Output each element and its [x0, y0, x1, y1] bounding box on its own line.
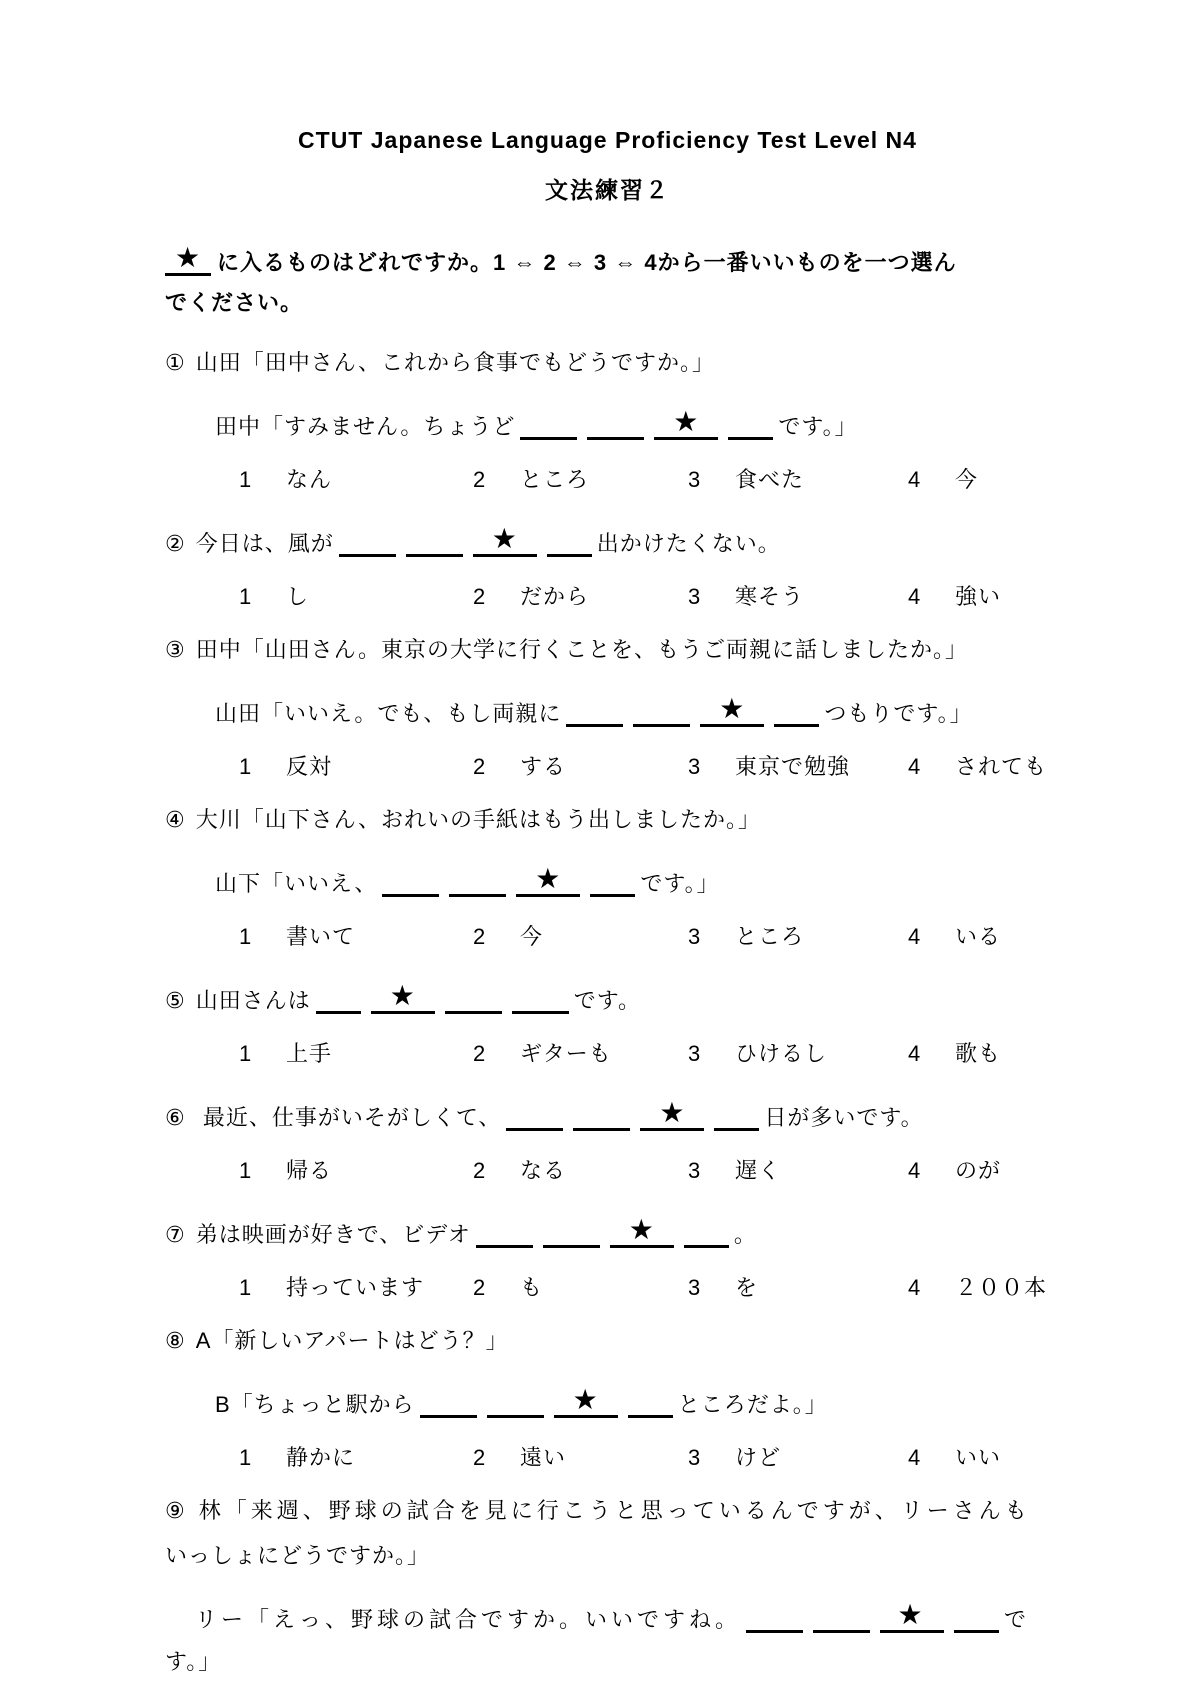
- question-list: ①山田「田中さん、これから食事でもどうですか。」田中「すみません。ちょうど★です…: [165, 348, 1050, 1677]
- option-number: 4: [908, 1156, 955, 1186]
- question-text: です。: [574, 988, 641, 1013]
- question: ⑦弟は映画が好きで、ビデオ★。1持っています2も3を4２００本: [165, 1209, 1050, 1303]
- question-line: B「ちょっと駅から★ところだよ。」: [165, 1379, 1050, 1420]
- options-row: 1静かに2遠い3けど4いい: [165, 1443, 1050, 1473]
- question-line: 山下「いいえ、★です。」: [165, 858, 1050, 899]
- option-label: いる: [955, 924, 1001, 949]
- option: 4２００本: [908, 1273, 1047, 1303]
- option-number: 1: [239, 922, 286, 952]
- option-label: 今: [955, 467, 978, 492]
- blank-underline: [573, 1102, 630, 1131]
- question-text: いっしょにどうですか。」: [165, 1543, 430, 1568]
- option: 2なる: [473, 1156, 688, 1186]
- star-icon: ★: [175, 244, 201, 272]
- option-label: なん: [286, 467, 332, 492]
- option-number: 2: [473, 465, 520, 495]
- option: 1上手: [239, 1039, 473, 1069]
- option: 4のが: [908, 1156, 1001, 1186]
- option-number: 2: [473, 1443, 520, 1473]
- option-number: 1: [239, 1443, 286, 1473]
- option-number: 4: [908, 752, 955, 782]
- option: 1持っています: [239, 1273, 473, 1303]
- option-label: ところ: [735, 924, 804, 949]
- option-label: なる: [520, 1158, 566, 1183]
- option-number: 4: [908, 1443, 955, 1473]
- option: 2遠い: [473, 1443, 688, 1473]
- options-row: 1し2だから3寒そう4強い: [165, 582, 1050, 612]
- blank-underline: [512, 985, 569, 1014]
- option-label: 今: [520, 924, 543, 949]
- option-number: 4: [908, 922, 955, 952]
- option-number: 1: [239, 1273, 286, 1303]
- blank-underline: [728, 411, 773, 440]
- option: 3遅く: [688, 1156, 908, 1186]
- blank-underline: [587, 411, 644, 440]
- question-text: す。」: [165, 1649, 221, 1674]
- question: ④大川「山下さん、おれいの手紙はもう出しましたか。」山下「いいえ、★です。」1書…: [165, 805, 1050, 952]
- option-number: 3: [688, 1273, 735, 1303]
- options-row: 1上手2ギターも3ひけるし4歌も: [165, 1039, 1050, 1069]
- question-line: ⑤山田さんは★です。: [165, 975, 1050, 1016]
- star-blank: ★: [165, 237, 211, 276]
- option-number: 3: [688, 1156, 735, 1186]
- blank-underline: [590, 868, 635, 897]
- option-label: ひけるし: [735, 1041, 827, 1066]
- question-text: 山田「田中さん、これから食事でもどうですか。」: [196, 350, 715, 375]
- options-row: 1持っています2も3を4２００本: [165, 1273, 1050, 1303]
- option-label: 寒そう: [735, 584, 804, 609]
- option-label: のが: [955, 1158, 1001, 1183]
- question-number: ⑤: [165, 986, 186, 1016]
- option-label: されても: [955, 754, 1047, 779]
- star-icon: ★: [573, 1386, 599, 1414]
- star-blank: ★: [371, 975, 435, 1014]
- option: 3ところ: [688, 922, 908, 952]
- option-number: 1: [239, 582, 286, 612]
- option: 3を: [688, 1273, 908, 1303]
- question: ⑤山田さんは★です。1上手2ギターも3ひけるし4歌も: [165, 975, 1050, 1069]
- blank-underline: [543, 1219, 600, 1248]
- star-icon: ★: [390, 982, 416, 1010]
- blank-underline: [476, 1219, 533, 1248]
- question-text: 田中「すみません。ちょうど: [215, 414, 515, 439]
- question-line: ⑧A「新しいアパートはどう？」: [165, 1326, 1050, 1356]
- option-label: ２００本: [955, 1275, 1047, 1300]
- option-number: 3: [688, 465, 735, 495]
- star-icon: ★: [673, 408, 699, 436]
- question-text: です。」: [640, 871, 719, 896]
- question-text: 弟は映画が好きで、ビデオ: [196, 1222, 471, 1247]
- option-label: 上手: [286, 1041, 332, 1066]
- option: 1帰る: [239, 1156, 473, 1186]
- option: 4されても: [908, 752, 1047, 782]
- option-number: 4: [908, 1273, 955, 1303]
- question-text: 出かけたくない。: [597, 531, 781, 556]
- option-number: 4: [908, 465, 955, 495]
- option: 2今: [473, 922, 688, 952]
- options-row: 1反対2する3東京で勉強4されても: [165, 752, 1050, 782]
- question-text: つもりです。」: [824, 701, 972, 726]
- question-line: ②今日は、風が★出かけたくない。: [165, 518, 1050, 559]
- blank-underline: [420, 1389, 477, 1418]
- question-number: ①: [165, 348, 186, 378]
- question: ⑧A「新しいアパートはどう？」B「ちょっと駅から★ところだよ。」1静かに2遠い3…: [165, 1326, 1050, 1473]
- blank-underline: [487, 1389, 544, 1418]
- blank-underline: [813, 1604, 870, 1633]
- option-number: 1: [239, 1039, 286, 1069]
- star-blank: ★: [516, 858, 580, 897]
- options-row: 1なん2ところ3食べた4今: [165, 465, 1050, 495]
- option-number: 1: [239, 1156, 286, 1186]
- option-number: 3: [688, 752, 735, 782]
- option: 4強い: [908, 582, 1001, 612]
- option: 4いる: [908, 922, 1001, 952]
- question-line: ⑨林「来週、野球の試合を見に行こうと思っているんですが、リーさんも: [165, 1496, 1050, 1526]
- blank-underline: [520, 411, 577, 440]
- option-number: 3: [688, 1039, 735, 1069]
- document-subtitle: 文法練習２: [165, 175, 1050, 205]
- question-text: です。」: [778, 414, 857, 439]
- question-number: ④: [165, 805, 186, 835]
- blank-underline: [566, 698, 623, 727]
- option: 3けど: [688, 1443, 908, 1473]
- question-text: 山田「いいえ。でも、もし両親に: [215, 701, 561, 726]
- question: ①山田「田中さん、これから食事でもどうですか。」田中「すみません。ちょうど★です…: [165, 348, 1050, 495]
- blank-underline: [954, 1604, 999, 1633]
- question-line: ③田中「山田さん。東京の大学に行くことを、もうご両親に話しましたか。」: [165, 635, 1050, 665]
- option: 3ひけるし: [688, 1039, 908, 1069]
- question-line: す。」: [165, 1647, 1050, 1677]
- option: 1反対: [239, 752, 473, 782]
- question-number: ⑥: [165, 1103, 186, 1133]
- star-icon: ★: [659, 1099, 685, 1127]
- options-row: 1書いて2今3ところ4いる: [165, 922, 1050, 952]
- question-text: 大川「山下さん、おれいの手紙はもう出しましたか。」: [196, 807, 761, 832]
- star-blank: ★: [554, 1379, 618, 1418]
- question-line: 山田「いいえ。でも、もし両親に★つもりです。」: [165, 688, 1050, 729]
- option-label: ギターも: [520, 1041, 612, 1066]
- instruction-line-1: ★に入るものはどれですか。1 ⇔ 2 ⇔ 3 ⇔ 4から一番いいものを一つ選ん: [165, 237, 1050, 278]
- option-number: 2: [473, 1156, 520, 1186]
- blank-underline: [628, 1389, 673, 1418]
- question-line: リー「えっ、野球の試合ですか。いいですね。★で: [165, 1594, 1050, 1635]
- option: 2する: [473, 752, 688, 782]
- options-row: 1帰る2なる3遅く4のが: [165, 1156, 1050, 1186]
- blank-underline: [406, 528, 463, 557]
- option-label: 強い: [955, 584, 1001, 609]
- option-label: けど: [735, 1445, 781, 1470]
- option-label: を: [735, 1275, 758, 1300]
- blank-underline: [339, 528, 396, 557]
- star-icon: ★: [897, 1601, 926, 1629]
- question-text: 最近、仕事がいそがしくて、: [196, 1105, 502, 1130]
- star-blank: ★: [700, 688, 764, 727]
- question-text: 今日は、風が: [196, 531, 334, 556]
- question-text: 山田さんは: [196, 988, 311, 1013]
- question: ②今日は、風が★出かけたくない。1し2だから3寒そう4強い: [165, 518, 1050, 612]
- option: 2ところ: [473, 465, 688, 495]
- question: ⑥ 最近、仕事がいそがしくて、★日が多いです。1帰る2なる3遅く4のが: [165, 1092, 1050, 1186]
- option-label: 遅く: [735, 1158, 781, 1183]
- option-number: 2: [473, 582, 520, 612]
- question-line: ④大川「山下さん、おれいの手紙はもう出しましたか。」: [165, 805, 1050, 835]
- option-label: 反対: [286, 754, 332, 779]
- blank-underline: [746, 1604, 803, 1633]
- blank-underline: [633, 698, 690, 727]
- option-label: 持っています: [286, 1275, 424, 1300]
- question-text: 山下「いいえ、: [215, 871, 377, 896]
- instruction-text: に入るものはどれですか。1 ⇔ 2 ⇔ 3 ⇔ 4から一番いいものを一つ選ん: [217, 250, 957, 275]
- question-number: ⑦: [165, 1220, 186, 1250]
- question-text: 。: [734, 1222, 757, 1247]
- option: 1し: [239, 582, 473, 612]
- star-blank: ★: [473, 518, 537, 557]
- option-number: 1: [239, 465, 286, 495]
- option: 1なん: [239, 465, 473, 495]
- star-blank: ★: [654, 401, 718, 440]
- blank-underline: [382, 868, 439, 897]
- option-number: 1: [239, 752, 286, 782]
- question-number: ③: [165, 635, 186, 665]
- option-number: 4: [908, 1039, 955, 1069]
- question-text: ところだよ。」: [678, 1392, 828, 1417]
- document-page: CTUT Japanese Language Proficiency Test …: [0, 0, 1200, 1696]
- option-label: 食べた: [735, 467, 804, 492]
- option: 2も: [473, 1273, 688, 1303]
- option: 2ギターも: [473, 1039, 688, 1069]
- question-line: 田中「すみません。ちょうど★です。」: [165, 401, 1050, 442]
- option: 2だから: [473, 582, 688, 612]
- option-label: だから: [520, 584, 589, 609]
- star-blank: ★: [610, 1209, 674, 1248]
- option: 3寒そう: [688, 582, 908, 612]
- option-label: する: [520, 754, 566, 779]
- blank-underline: [506, 1102, 563, 1131]
- question-number: ②: [165, 529, 186, 559]
- question: ⑨林「来週、野球の試合を見に行こうと思っているんですが、リーさんもいっしょにどう…: [165, 1496, 1050, 1677]
- question-line: ⑥ 最近、仕事がいそがしくて、★日が多いです。: [165, 1092, 1050, 1133]
- question-text: リー「えっ、野球の試合ですか。いいですね。: [195, 1607, 741, 1632]
- option-number: 3: [688, 582, 735, 612]
- blank-underline: [684, 1219, 729, 1248]
- option-number: 2: [473, 922, 520, 952]
- star-icon: ★: [492, 525, 518, 553]
- blank-underline: [714, 1102, 759, 1131]
- option: 3東京で勉強: [688, 752, 908, 782]
- question-text: B「ちょっと駅から: [215, 1392, 415, 1417]
- question: ③田中「山田さん。東京の大学に行くことを、もうご両親に話しましたか。」山田「いい…: [165, 635, 1050, 782]
- question-number: ⑧: [165, 1326, 186, 1356]
- option-number: 3: [688, 1443, 735, 1473]
- question-text: 林「来週、野球の試合を見に行こうと思っているんですが、リーさんも: [199, 1498, 1031, 1523]
- blank-underline: [445, 985, 502, 1014]
- instruction-line-2: でください。: [165, 288, 1050, 318]
- question-text: A「新しいアパートはどう？」: [196, 1328, 509, 1353]
- blank-underline: [316, 985, 361, 1014]
- option-label: ところ: [520, 467, 589, 492]
- star-icon: ★: [719, 695, 745, 723]
- option-number: 2: [473, 1039, 520, 1069]
- document-title: CTUT Japanese Language Proficiency Test …: [165, 125, 1050, 155]
- star-blank: ★: [880, 1594, 944, 1633]
- option: 3食べた: [688, 465, 908, 495]
- option: 1書いて: [239, 922, 473, 952]
- option-number: 2: [473, 1273, 520, 1303]
- option: 4歌も: [908, 1039, 1001, 1069]
- blank-underline: [774, 698, 819, 727]
- option-label: 東京で勉強: [735, 754, 850, 779]
- option-label: いい: [955, 1445, 1001, 1470]
- blank-underline: [449, 868, 506, 897]
- question-line: いっしょにどうですか。」: [165, 1541, 1050, 1571]
- star-icon: ★: [629, 1216, 655, 1244]
- question-line: ⑦弟は映画が好きで、ビデオ★。: [165, 1209, 1050, 1250]
- option: 1静かに: [239, 1443, 473, 1473]
- option-label: も: [520, 1275, 543, 1300]
- star-icon: ★: [535, 865, 561, 893]
- question-text: で: [1004, 1607, 1030, 1632]
- option-label: し: [286, 584, 309, 609]
- question-line: ①山田「田中さん、これから食事でもどうですか。」: [165, 348, 1050, 378]
- option: 4今: [908, 465, 978, 495]
- question-text: 田中「山田さん。東京の大学に行くことを、もうご両親に話しましたか。」: [196, 637, 968, 662]
- star-blank: ★: [640, 1092, 704, 1131]
- question-number: ⑨: [165, 1496, 189, 1526]
- option-label: 静かに: [286, 1445, 355, 1470]
- option-label: 書いて: [286, 924, 355, 949]
- option-number: 2: [473, 752, 520, 782]
- option-label: 帰る: [286, 1158, 332, 1183]
- option: 4いい: [908, 1443, 1001, 1473]
- option-number: 3: [688, 922, 735, 952]
- option-label: 歌も: [955, 1041, 1001, 1066]
- option-number: 4: [908, 582, 955, 612]
- blank-underline: [547, 528, 592, 557]
- option-label: 遠い: [520, 1445, 566, 1470]
- question-text: 日が多いです。: [764, 1105, 923, 1130]
